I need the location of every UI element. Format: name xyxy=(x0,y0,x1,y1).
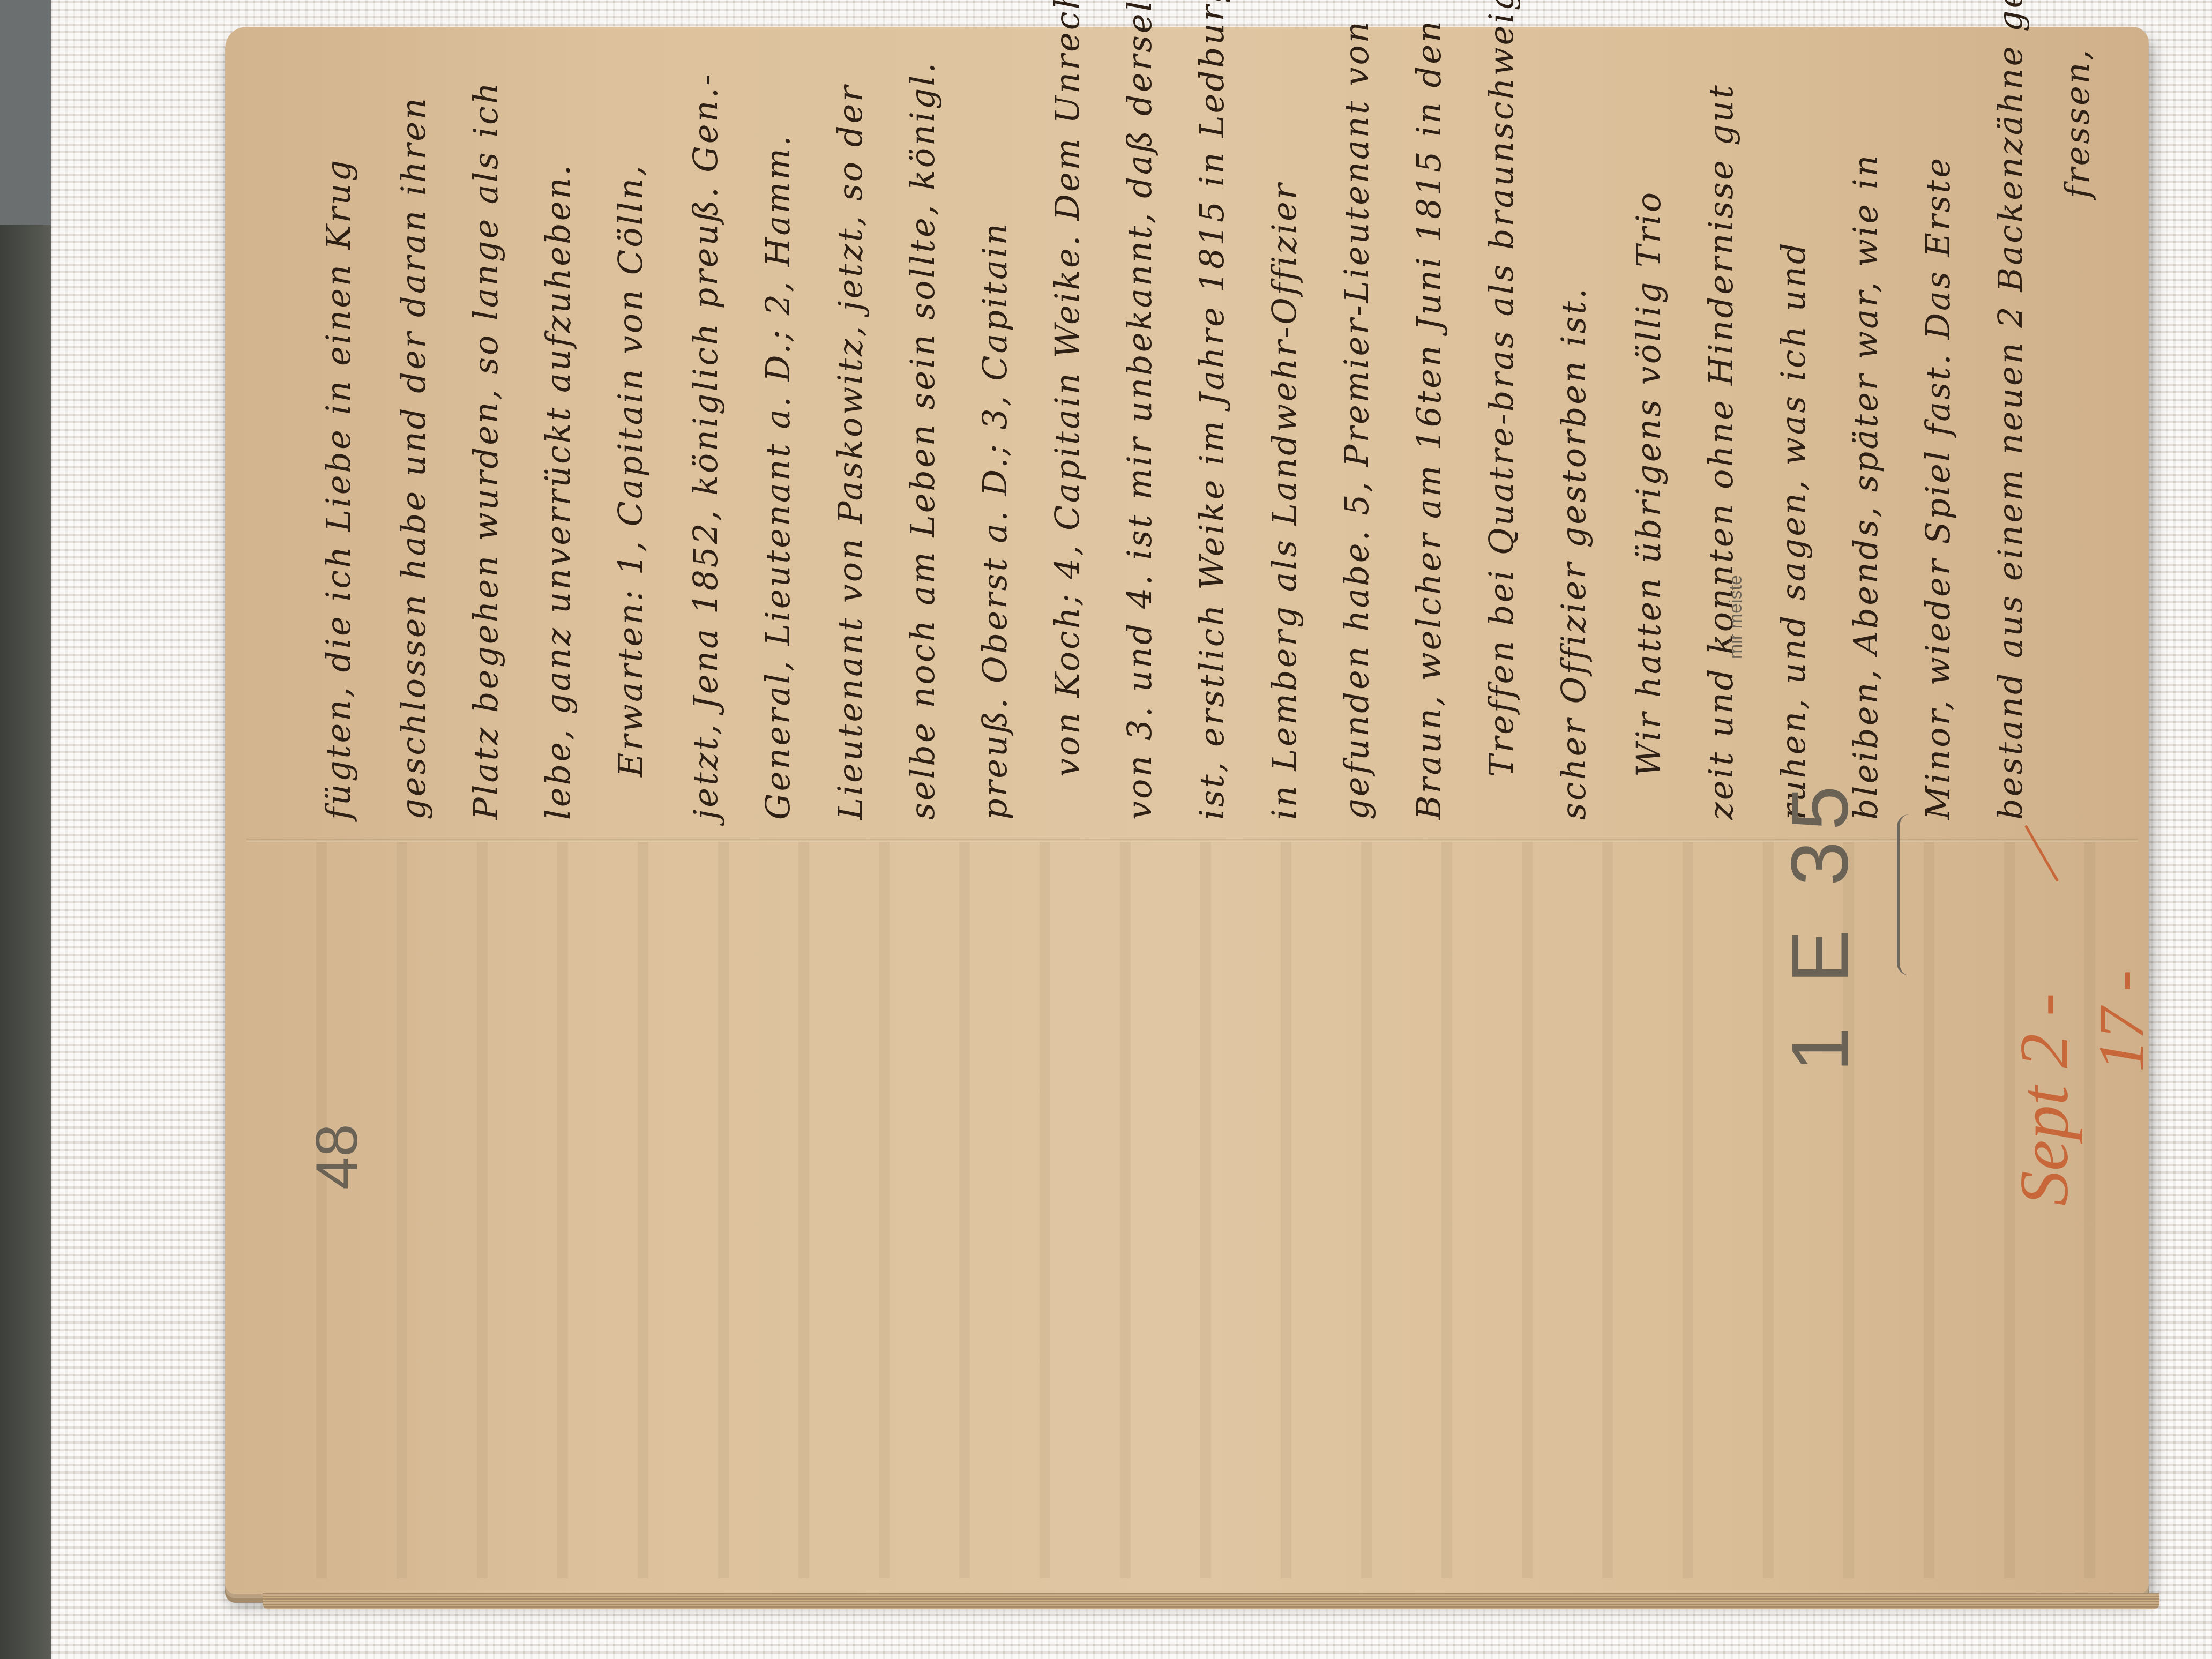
text-line: fressen, xyxy=(2058,27,2111,820)
text-line: General, Lieutenant a. D.; 2, Hamm. xyxy=(758,27,812,820)
text-line: von Koch; 4, Capitain Weike. Dem Unrecht xyxy=(1048,27,1101,820)
text-line: zeit und konnten ohne Hindernisse gut xyxy=(1701,27,1755,820)
text-line: preuß. Oberst a. D.; 3, Capitain xyxy=(975,27,1029,820)
text-line: bestand aus einem neuen 2 Backenzähne ge… xyxy=(1991,27,2044,820)
text-line: in Lemberg als Landwehr-Offizier xyxy=(1265,27,1318,820)
text-line: Erwarten: 1, Capitain von Cölln, xyxy=(611,27,664,820)
text-line: bleiben, Abends, später war, wie in xyxy=(1846,27,1900,820)
text-line: geschlossen habe und der daran ihren xyxy=(394,27,447,820)
text-line: gefunden habe. 5, Premier-Lieutenant von xyxy=(1337,27,1391,820)
text-line: Braun, welcher am 16ten Juni 1815 in den xyxy=(1409,27,1463,820)
text-line: Treffen bei Quatre-bras als braunschweig… xyxy=(1482,27,1535,820)
text-line: fügten, die ich Liebe in einen Krug xyxy=(319,27,372,820)
text-line: ruhen, und sagen, was ich und xyxy=(1774,27,1827,820)
catalog-number: 1 E 35 xyxy=(1774,775,1866,1072)
red-date-note: Sept 2 - xyxy=(2004,993,2084,1206)
interlinear-note: mir meiste xyxy=(1725,575,1746,659)
text-line: Lieutenant von Paskowitz, jetzt, so der xyxy=(831,27,884,820)
letter-page: fügten, die ich Liebe in einen Krug gesc… xyxy=(225,27,2149,1594)
red-number-note: 17 - xyxy=(2084,970,2158,1072)
pencil-bracket xyxy=(1897,814,1921,975)
page-stack-edge xyxy=(263,1593,2159,1609)
background-dark-strip xyxy=(0,0,51,1659)
page-number: 48 xyxy=(303,1124,371,1190)
text-line: scher Offizier gestorben ist. xyxy=(1554,27,1608,820)
text-line: von 3. und 4. ist mir unbekannt, daß der… xyxy=(1120,27,1174,820)
text-line: lebe, ganz unverrückt aufzuheben. xyxy=(539,27,592,820)
text-line: ist, erstlich Weike im Jahre 1815 in Led… xyxy=(1192,27,1246,820)
text-line: Wir hatten übrigens völlig Trio xyxy=(1629,27,1683,820)
text-line: Platz begehen wurden, so lange als ich xyxy=(466,27,520,820)
text-line: selbe noch am Leben sein sollte, königl. xyxy=(903,27,956,820)
text-line: Minor, wieder Spiel fast. Das Erste xyxy=(1918,27,1972,820)
text-line: jetzt, Jena 1852, königlich preuß. Gen.- xyxy=(686,27,739,820)
